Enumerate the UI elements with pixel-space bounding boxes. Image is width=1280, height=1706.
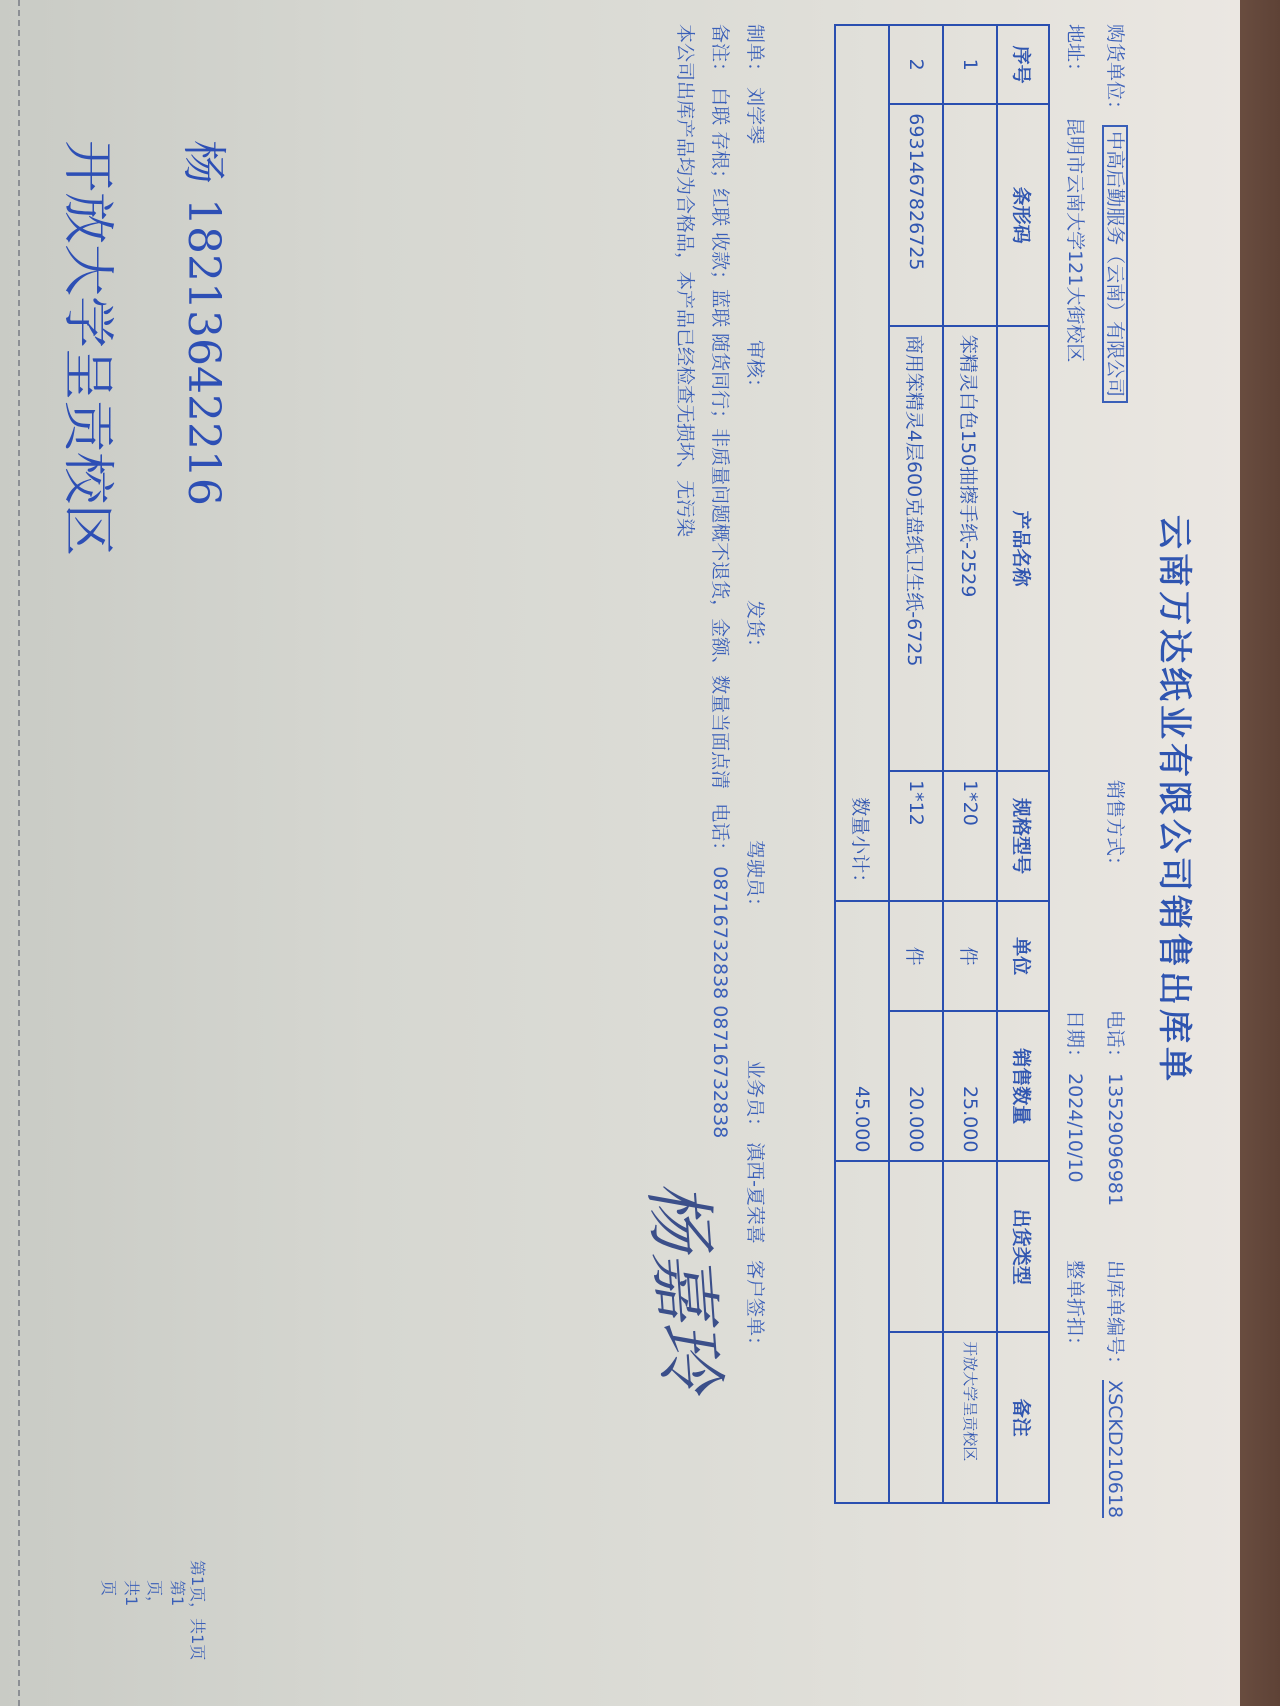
cell-no: 1	[943, 25, 997, 104]
maker-value: 刘学琴	[744, 87, 766, 144]
col-unit: 单位	[997, 901, 1049, 1011]
page-info: 第1页，共1页	[187, 1560, 210, 1660]
buyer-line: 购货单位： 中高后勤服务（云南）有限公司	[1103, 24, 1130, 403]
tel-label: 电话：	[709, 803, 731, 860]
note-line: 备注： 白联 存根；红联 收款；蓝联 随货同行；非质量问题概不退货，金额、数量当…	[708, 24, 735, 1138]
table-header-row: 序号 条形码 产品名称 规格型号 单位 销售数量 出货类型 备注	[997, 25, 1049, 1503]
col-spec: 规格型号	[997, 771, 1049, 901]
phone-line: 电话： 13529096981	[1103, 1010, 1130, 1206]
quality-statement: 本公司出库产品均为合格品，本产品已经检查无损坏、无污染	[673, 24, 700, 537]
col-barcode: 条形码	[997, 104, 1049, 326]
cell-spec: 1*20	[943, 771, 997, 901]
cell-qty: 20.000	[889, 1011, 943, 1161]
phone-label: 电话：	[1104, 1010, 1126, 1067]
cell-unit: 件	[889, 901, 943, 1011]
items-table: 序号 条形码 产品名称 规格型号 单位 销售数量 出货类型 备注 1 笨精灵白色…	[834, 24, 1050, 1504]
subtotal-value: 45.000	[835, 901, 889, 1161]
order-no-label: 出库单编号：	[1104, 1260, 1126, 1374]
subtotal-label: 数量小计：	[835, 25, 889, 901]
sales-delivery-note: 云南万达纸业有限公司销售出库单 购货单位： 中高后勤服务（云南）有限公司 销售方…	[610, 0, 1210, 1706]
cell-no: 2	[889, 25, 943, 104]
order-no-line: 出库单编号： XSCKD210618	[1103, 1260, 1130, 1518]
cell-product-name: 商用笨精灵4层600克盘纸卫生纸-6725	[889, 326, 943, 771]
order-no-value: XSCKD210618	[1102, 1380, 1126, 1518]
maker-label: 制单：	[744, 24, 766, 81]
table-row: 1 笨精灵白色150抽擦手纸-2529 1*20 件 25.000 开放大学呈贡…	[943, 25, 997, 1503]
date-line: 日期： 2024/10/10	[1063, 1010, 1090, 1183]
subtotal-empty	[835, 1161, 889, 1503]
address-line: 地址： 昆明市云南大学121大街校区	[1063, 24, 1090, 362]
cell-type	[889, 1161, 943, 1332]
receipt-paper: 云南万达纸业有限公司销售出库单 购货单位： 中高后勤服务（云南）有限公司 销售方…	[0, 0, 1240, 1706]
col-remark: 备注	[997, 1332, 1049, 1503]
salesman-value: 滇西-夏荣喜	[744, 1142, 766, 1244]
phone-value: 13529096981	[1104, 1073, 1126, 1206]
table-row: 2 6931467826725 商用笨精灵4层600克盘纸卫生纸-6725 1*…	[889, 25, 943, 1503]
note-value: 白联 存根；红联 收款；蓝联 随货同行；非质量问题概不退货，金额、数量当面点清	[709, 87, 731, 789]
address-value: 昆明市云南大学121大街校区	[1064, 117, 1086, 362]
ship-label: 发货：	[743, 600, 770, 657]
col-type: 出货类型	[997, 1161, 1049, 1332]
tel-value: 08716732838 08716732838	[709, 866, 731, 1138]
customer-signature: 杨嘉玲	[632, 1177, 747, 1394]
col-no: 序号	[997, 25, 1049, 104]
customer-sign-label: 客户签单：	[744, 1260, 766, 1355]
cell-barcode: 6931467826725	[889, 104, 943, 326]
salesman-line: 业务员： 滇西-夏荣喜 客户签单：	[743, 1060, 770, 1355]
cell-unit: 件	[943, 901, 997, 1011]
maker-line: 制单： 刘学琴	[743, 24, 770, 144]
page-number: 第1页，共1页	[98, 1580, 190, 1612]
cell-barcode	[943, 104, 997, 326]
date-label: 日期：	[1064, 1010, 1086, 1067]
salesman-label: 业务员：	[744, 1060, 766, 1136]
col-product-name: 产品名称	[997, 326, 1049, 771]
cell-spec: 1*12	[889, 771, 943, 901]
note-label: 备注：	[709, 24, 731, 81]
address-label: 地址：	[1064, 24, 1086, 81]
subtotal-row: 数量小计： 45.000	[835, 25, 889, 1503]
cell-remark	[889, 1332, 943, 1503]
page-number-block: 第1页，共1页	[140, 0, 200, 200]
col-qty: 销售数量	[997, 1011, 1049, 1161]
buyer-value: 中高后勤服务（云南）有限公司	[1102, 125, 1128, 403]
cell-qty: 25.000	[943, 1011, 997, 1161]
driver-label: 驾驶员：	[743, 840, 770, 916]
review-label: 审核：	[743, 340, 770, 397]
buyer-label: 购货单位：	[1104, 24, 1126, 119]
date-value: 2024/10/10	[1064, 1073, 1086, 1183]
discount-line: 整单折扣：	[1063, 1260, 1090, 1355]
handwritten-campus: 开放大学呈贡校区	[55, 140, 130, 556]
sales-method: 销售方式：	[1103, 780, 1130, 875]
document-title: 云南万达纸业有限公司销售出库单	[1153, 0, 1202, 1600]
cell-type	[943, 1161, 997, 1332]
cell-product-name: 笨精灵白色150抽擦手纸-2529	[943, 326, 997, 771]
cell-remark: 开放大学呈贡校区	[943, 1332, 997, 1503]
